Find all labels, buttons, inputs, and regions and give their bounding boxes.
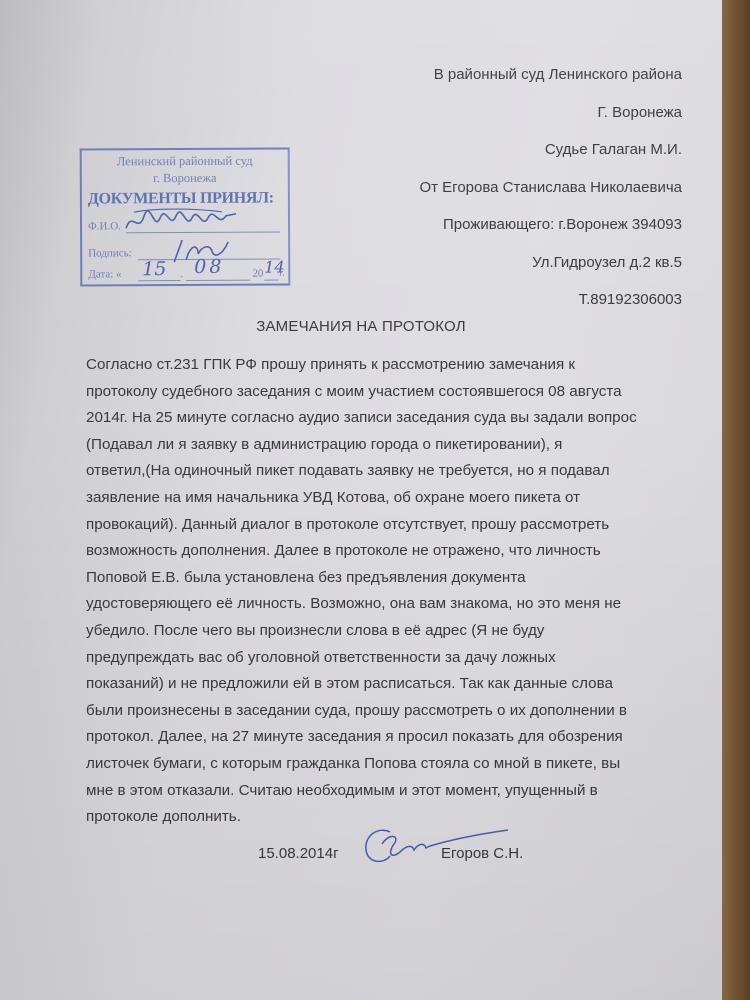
addressee-line-court: В районный суд Ленинского района: [322, 62, 682, 89]
stamp-date-day: 15: [142, 258, 166, 280]
stamp-date-label: Дата: «: [88, 268, 121, 280]
stamp-city: г. Воронежа: [82, 170, 288, 186]
stamp-court-name: Ленинский районный суд: [82, 153, 288, 169]
addressee-line-phone: Т.89192306003: [322, 287, 682, 314]
body-line: протоколу судебного заседания с моим уча…: [86, 379, 706, 406]
document-title: ЗАМЕЧАНИЯ НА ПРОТОКОЛ: [0, 318, 722, 335]
body-line: 2014г. На 25 минуте согласно аудио запис…: [86, 405, 706, 432]
body-line: мне в этом отказали. Считаю необходимым …: [86, 778, 706, 805]
body-line: убедило. После чего вы произнесли слова …: [86, 618, 706, 645]
stamp-year-line: [264, 280, 278, 281]
body-line: (Подавал ли я заявку в администрацию гор…: [86, 432, 706, 459]
stamp-date-dot: .: [180, 268, 183, 280]
body-line: протокол. Далее, на 27 минуте заседания …: [86, 724, 706, 751]
stamp-year-prefix: 20: [252, 268, 263, 280]
body-line: Поповой Е.В. была установлена без предъя…: [86, 565, 706, 592]
body-line: показаний) и не предложили ей в этом рас…: [86, 671, 706, 698]
addressee-block: В районный суд Ленинского района Г. Воро…: [322, 62, 682, 314]
stamp-month-line: [186, 280, 250, 281]
handwritten-fio-icon: [122, 206, 242, 237]
body-line: Согласно ст.231 ГПК РФ прошу принять к р…: [86, 352, 706, 379]
court-receipt-stamp: Ленинский районный суд г. Воронежа ДОКУМ…: [80, 147, 291, 286]
body-line: ответил,(На одиночный пикет подавать зая…: [86, 458, 706, 485]
stamp-fio-label: Ф.И.О.: [88, 220, 121, 232]
document-body: Согласно ст.231 ГПК РФ прошу принять к р…: [86, 352, 706, 831]
addressee-line-residence: Проживающего: г.Воронеж 394093: [322, 212, 682, 239]
document-page: В районный суд Ленинского района Г. Воро…: [0, 0, 722, 1000]
signer-name: Егоров С.Н.: [441, 845, 523, 862]
addressee-line-judge: Судье Галаган М.И.: [322, 137, 682, 164]
body-line: были произнесены в заседании суда, прошу…: [86, 698, 706, 725]
body-line: листочек бумаги, с которым гражданка Поп…: [86, 751, 706, 778]
body-line: заявление на имя начальника УВД Котова, …: [86, 485, 706, 512]
stamp-date-month: 08: [194, 256, 224, 278]
body-line: удостоверяющего её личность. Возможно, о…: [86, 591, 706, 618]
addressee-line-city: Г. Воронежа: [322, 100, 682, 127]
body-line: возможность дополнения. Далее в протокол…: [86, 538, 706, 565]
body-line: предупреждать вас об уголовной ответстве…: [86, 645, 706, 672]
desk-background: [720, 0, 750, 1000]
stamp-year-end: г.: [279, 267, 285, 278]
body-line: провокаций). Данный диалог в протоколе о…: [86, 512, 706, 539]
addressee-line-street: Ул.Гидроузел д.2 кв.5: [322, 250, 682, 277]
signature-date: 15.08.2014г: [258, 845, 339, 862]
addressee-line-sender: От Егорова Станислава Николаевича: [322, 175, 682, 202]
stamp-signature-label: Подпись:: [88, 247, 132, 259]
